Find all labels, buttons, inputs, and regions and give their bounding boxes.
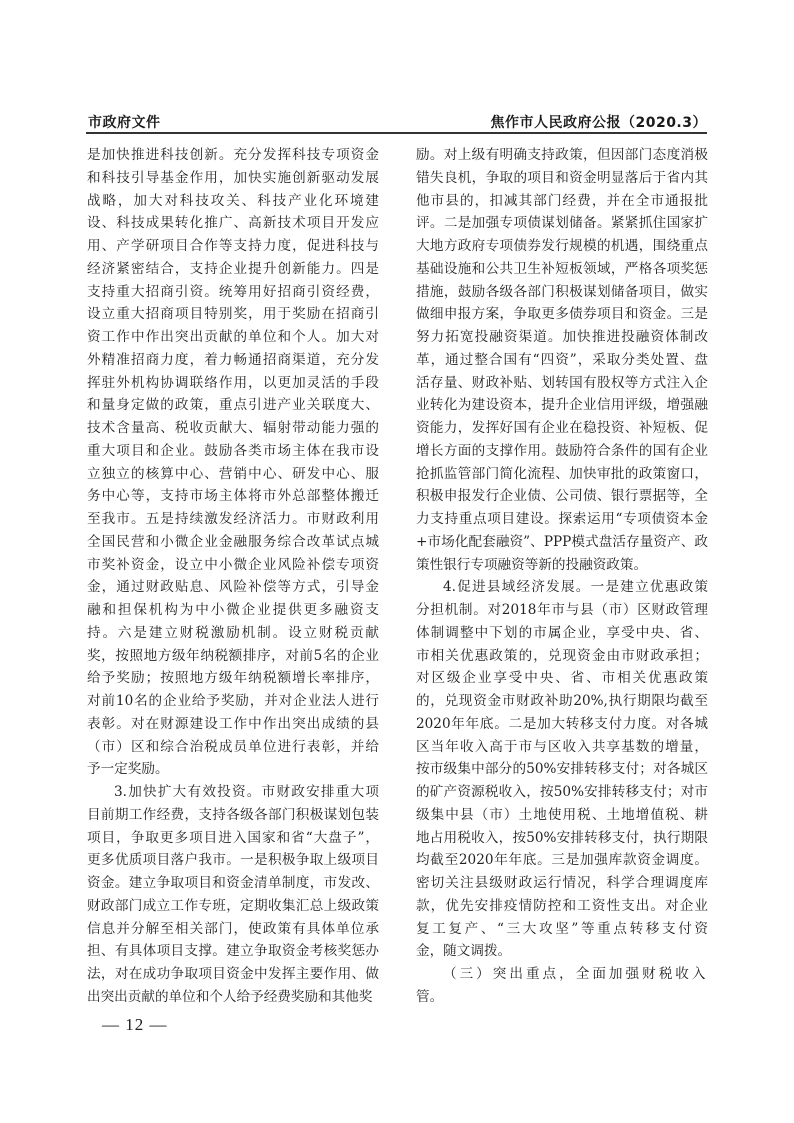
text-line: 技术含量高、税收贡献大、辐射带动能力强的 [87,417,379,440]
text-line: 奖，按照地方级年纳税额排序，对前5名的企业 [87,645,379,668]
text-line: 密切关注县级财政运行情况，科学合理调度库 [416,872,708,895]
text-line: 的，兑现资金市财政补助20%,执行期限均截至 [416,690,708,713]
text-line: 评。二是加强专项债谋划储备。紧紧抓住国家扩 [416,212,708,235]
text-line: 2020年年底。二是加大转移支付力度。对各城 [416,713,708,736]
text-line: 财政部门成立工作专班，定期收集汇总上级政策 [87,895,379,918]
text-line: 基础设施和公共卫生补短板领域，严格各项奖惩 [416,258,708,281]
text-line: 设立重大招商项目特别奖，用于奖励在招商引 [87,303,379,326]
text-line: 项目，争取更多项目进入国家和省“大盘子”， [87,827,379,850]
text-line: 体制调整中下划的市属企业，享受中央、省、 [416,622,708,645]
text-line: 区当年收入高于市与区收入共享基数的增量， [416,736,708,759]
text-line: 给予奖励；按照地方级年纳税额增长率排序， [87,667,379,690]
text-line: 策性银行专项融资等新的投融资政策。 [416,554,708,577]
text-line: 持。六是建立财税激励机制。设立财税贡献 [87,622,379,645]
text-line: 革，通过整合国有“四资”，采取分类处置、盘 [416,349,708,372]
text-line: 3.加快扩大有效投资。市财政安排重大项 [87,781,379,804]
text-line: 目前期工作经费，支持各级各部门积极谋划包装 [87,804,379,827]
text-line: 励。对上级有明确支持政策，但因部门态度消极 [416,144,708,167]
text-line: 资工作中作出突出贡献的单位和个人。加大对 [87,326,379,349]
text-line: 立独立的核算中心、营销中心、研发中心、服 [87,463,379,486]
text-line: 表彰。对在财源建设工作中作出突出成绩的县 [87,713,379,736]
text-line: 战略，加大对科技攻关、科技产业化环境建 [87,190,379,213]
text-line: 经济紧密结合，支持企业提升创新能力。四是 [87,258,379,281]
text-line: 至我市。五是持续激发经济活力。市财政利用 [87,508,379,531]
left-column: 是加快推进科技创新。充分发挥科技专项资金和科技引导基金作用，加快实施创新驱动发展… [87,144,379,1009]
text-line: 级集中县（市）土地使用税、土地增值税、耕 [416,804,708,827]
text-line: 4.促进县域经济发展。一是建立优惠政策 [416,576,708,599]
text-line: 增长方面的支撑作用。鼓励符合条件的国有企业 [416,440,708,463]
text-line: 和科技引导基金作用，加快实施创新驱动发展 [87,167,379,190]
text-line: 法，对在成功争取项目资金中发挥主要作用、做 [87,963,379,986]
text-line: 抢抓监管部门简化流程、加快审批的政策窗口， [416,463,708,486]
text-line: 做细申报方案，争取更多债券项目和资金。三是 [416,303,708,326]
header-rule [86,132,707,134]
text-line: 对前10名的企业给予奖励，并对企业法人进行 [87,690,379,713]
text-line: 大地方政府专项债券发行规模的机遇，围绕重点 [416,235,708,258]
text-line: （市）区和综合治税成员单位进行表彰，并给 [87,736,379,759]
text-line: 出突出贡献的单位和个人给予经费奖励和其他奖 [87,986,379,1009]
publication-title: 焦作市人民政府公报（2020.3） [490,112,707,132]
running-header: 市政府文件 焦作市人民政府公报（2020.3） [86,108,707,132]
text-line: 力支持重点项目建设。探索运用“专项债资本金 [416,508,708,531]
text-line: 挥驻外机构协调联络作用，以更加灵活的手段 [87,372,379,395]
text-line: 用、产学研项目合作等支持力度，促进科技与 [87,235,379,258]
text-line: 信息并分解至相关部门，使政策有具体单位承 [87,918,379,941]
text-line: 错失良机，争取的项目和资金明显落后于省内其 [416,167,708,190]
text-line: 地占用税收入，按50%安排转移支付，执行期限 [416,827,708,850]
text-line: 融和担保机构为中小微企业提供更多融资支 [87,599,379,622]
text-line: 市相关优惠政策的，兑现资金由市财政承担； [416,645,708,668]
text-line: 按市级集中部分的50%安排转移支付；对各城区 [416,758,708,781]
text-line: 金，通过财政贴息、风险补偿等方式，引导金 [87,576,379,599]
text-line: 是加快推进科技创新。充分发挥科技专项资金 [87,144,379,167]
section-label: 市政府文件 [88,112,161,132]
text-line: 资金。建立争取项目和资金清单制度，市发改、 [87,872,379,895]
text-line: 款，优先安排疫情防控和工资性支出。对企业 [416,895,708,918]
text-line: 对区级企业享受中央、省、市相关优惠政策 [416,667,708,690]
text-line: 金，随文调拨。 [416,940,708,963]
page-number: — 12 — [102,1015,168,1035]
text-line: 市奖补资金，设立中小微企业风险补偿专项资 [87,554,379,577]
text-line: （三）突出重点，全面加强财税收入征 [416,963,708,986]
text-line: 和量身定做的政策，重点引进产业关联度大、 [87,394,379,417]
text-line: 资能力，发挥好国有企业在稳投资、补短板、促 [416,417,708,440]
text-line: 分担机制。对2018年市与县（市）区财政管理 [416,599,708,622]
text-line: 活存量、财政补贴、划转国有股权等方式注入企 [416,372,708,395]
text-line: 予一定奖励。 [87,758,379,781]
right-column: 励。对上级有明确支持政策，但因部门态度消极错失良机，争取的项目和资金明显落后于省… [416,144,708,1009]
text-line: 重大项目和企业。鼓励各类市场主体在我市设 [87,440,379,463]
text-line: 管。 [416,986,708,1009]
text-line: 担、有具体项目支撑。建立争取资金考核奖惩办 [87,940,379,963]
text-line: +市场化配套融资”、PPP模式盘活存量资产、政 [416,531,708,554]
text-line: 他市县的，扣减其部门经费，并在全市通报批 [416,190,708,213]
text-line: 务中心等，支持市场主体将市外总部整体搬迁 [87,485,379,508]
text-line: 更多优质项目落户我市。一是积极争取上级项目 [87,849,379,872]
text-line: 外精准招商力度，着力畅通招商渠道，充分发 [87,349,379,372]
text-line: 全国民营和小微企业金融服务综合改革试点城 [87,531,379,554]
text-line: 措施，鼓励各级各部门积极谋划储备项目，做实 [416,281,708,304]
text-line: 复工复产、“三大攻坚”等重点转移支付资 [416,918,708,941]
text-line: 业转化为建设资本，提升企业信用评级，增强融 [416,394,708,417]
text-line: 的矿产资源税收入，按50%安排转移支付；对市 [416,781,708,804]
text-line: 均截至2020年年底。三是加强库款资金调度。 [416,849,708,872]
text-line: 支持重大招商引资。统筹用好招商引资经费， [87,281,379,304]
text-line: 积极申报发行企业债、公司债、银行票据等，全 [416,485,708,508]
text-line: 努力拓宽投融资渠道。加快推进投融资体制改 [416,326,708,349]
text-line: 设、科技成果转化推广、高新技术项目开发应 [87,212,379,235]
